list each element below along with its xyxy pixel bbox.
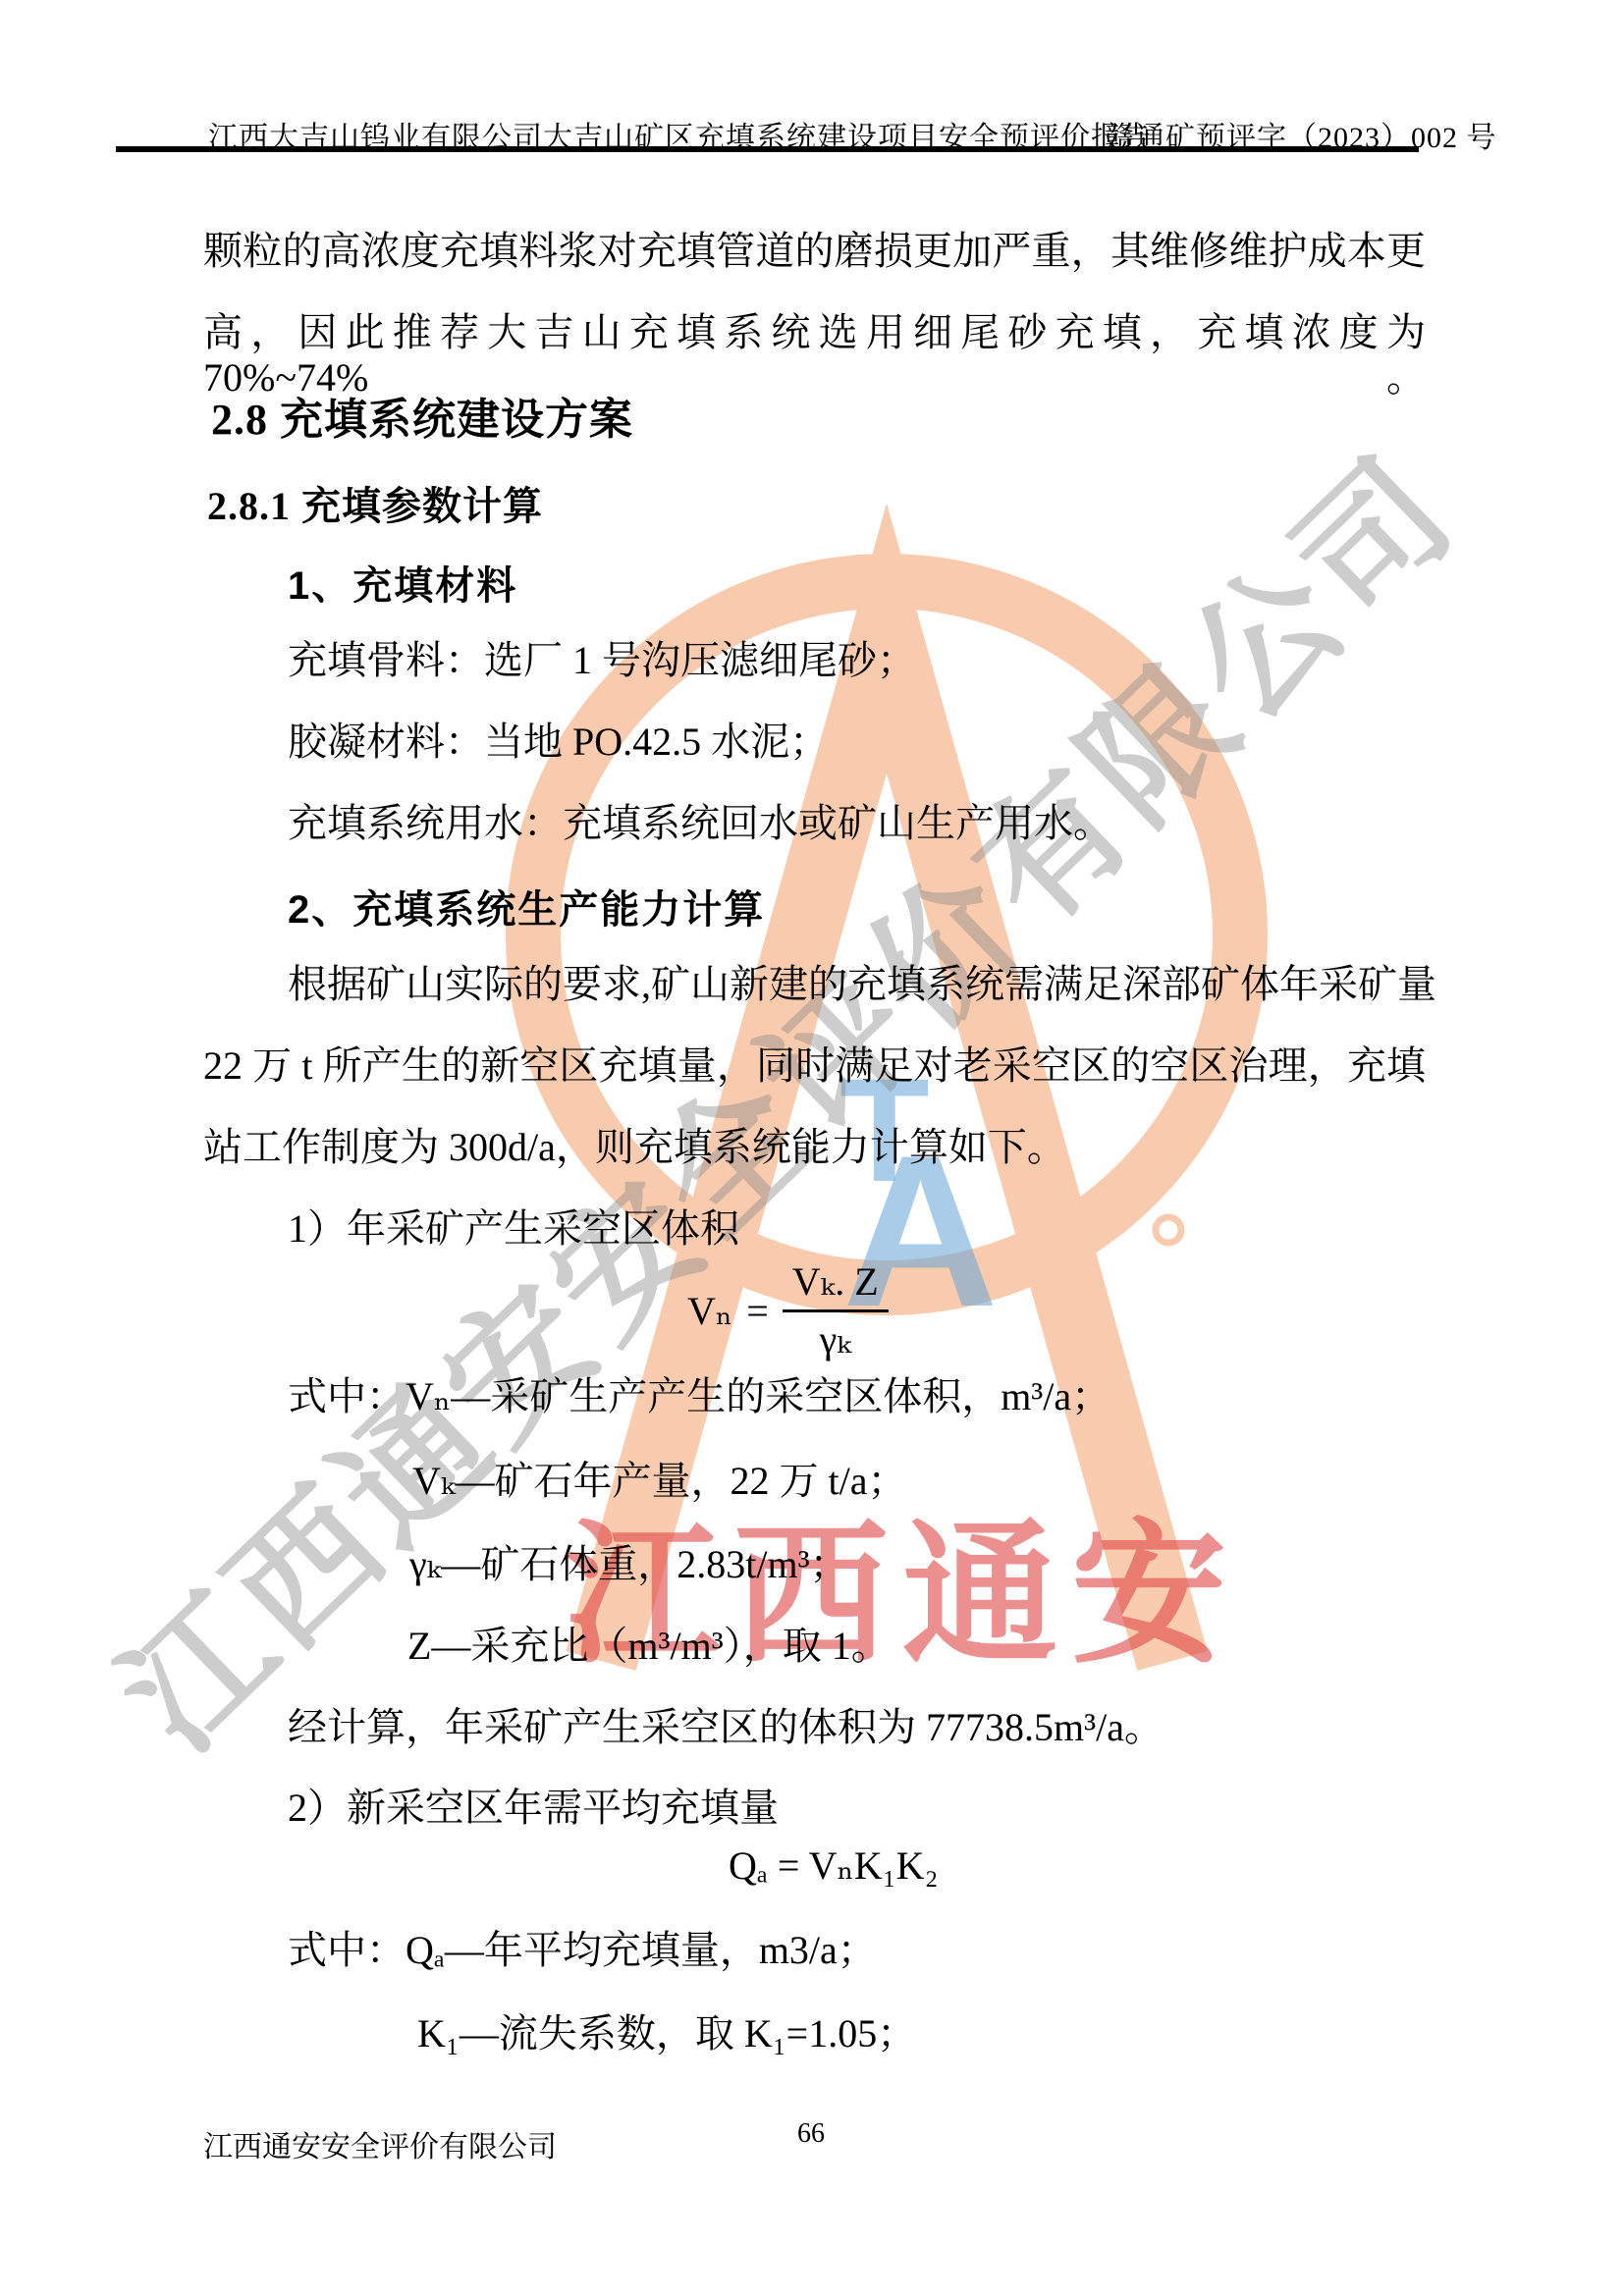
formula-lhs: Vₙ bbox=[687, 1288, 732, 1334]
page-number: 66 bbox=[797, 2118, 825, 2150]
sub-heading-capacity: 2、充填系统生产能力计算 bbox=[288, 879, 765, 934]
body-line: 站工作制度为 300d/a，则充填系统能力计算如下。 bbox=[203, 1125, 1066, 1170]
list-item-title: 1）年采矿产生采空区体积 bbox=[288, 1206, 739, 1252]
body-line: 经计算，年采矿产生采空区的体积为 77738.5m³/a。 bbox=[288, 1705, 1164, 1750]
body-line: γₖ—矿石体重，2.83t/m³； bbox=[409, 1542, 849, 1587]
body-line: Vₖ—矿石年产量，22 万 t/a； bbox=[412, 1459, 906, 1504]
formula-mined-void-volume: Vₙ = Vₖ. Z γₖ bbox=[687, 1258, 889, 1362]
body-line: 充填系统用水：充填系统回水或矿山生产用水。 bbox=[288, 801, 1112, 846]
formula-numerator: Vₖ. Z bbox=[783, 1258, 889, 1312]
header-rule bbox=[116, 146, 1419, 152]
body-line: Z—采充比（m³/m³），取 1。 bbox=[407, 1624, 891, 1669]
section-heading-2-8-1: 2.8.1 充填参数计算 bbox=[207, 475, 543, 531]
formula-denominator: γₖ bbox=[783, 1312, 889, 1362]
body-line: 式中：Vₙ—采矿生产产生的采空区体积，m³/a； bbox=[288, 1374, 1110, 1419]
document-page: T A 江西通安安全评价有限公司 江西通安 江西大吉山钨业有限公司大吉山矿区充填… bbox=[0, 0, 1624, 2296]
formula-equals: = bbox=[746, 1288, 769, 1334]
body-line: 胶凝材料：当地 PO.42.5 水泥； bbox=[288, 720, 829, 765]
formula-fraction: Vₖ. Z γₖ bbox=[783, 1258, 889, 1362]
list-item-title: 2）新采空区年需平均充填量 bbox=[288, 1786, 779, 1831]
body-line: K₁—流失系数，取 K₁=1.05； bbox=[417, 2011, 916, 2056]
body-line: 式中：Qₐ—年平均充填量，m3/a； bbox=[288, 1928, 877, 1973]
body-line: 根据矿山实际的要求,矿山新建的充填系统需满足深部矿体年采矿量 bbox=[288, 962, 1436, 1007]
section-heading-2-8: 2.8 充填系统建设方案 bbox=[211, 384, 633, 447]
footer-company: 江西通安安全评价有限公司 bbox=[203, 2122, 557, 2165]
body-line: 充填骨料：选厂 1 号沟压滤细尾砂； bbox=[288, 638, 916, 683]
formula-average-fill-volume: Qₐ = VₙK₁K₂ bbox=[729, 1843, 939, 1889]
body-line: 颗粒的高浓度充填料浆对充填管道的磨损更加严重，其维修维护成本更 bbox=[203, 229, 1426, 274]
body-line: 22 万 t 所产生的新空区充填量，同时满足对老采空区的空区治理，充填 bbox=[203, 1043, 1426, 1089]
sub-heading-materials: 1、充填材料 bbox=[288, 555, 517, 611]
